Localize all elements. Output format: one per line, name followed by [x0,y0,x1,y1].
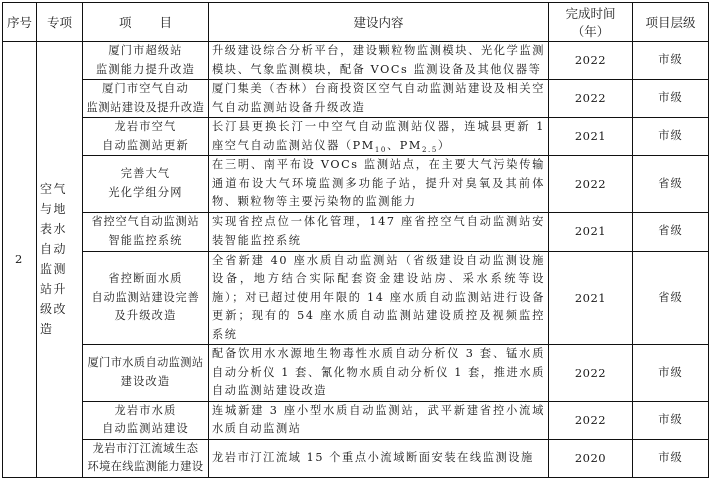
project-cell: 厦门市水质自动监测站 建设改造 [83,345,209,402]
level-cell: 省级 [633,251,709,345]
pm10-subscript: 10 [375,146,387,154]
year-cell: 2021 [549,251,633,345]
year-cell: 2021 [549,212,633,251]
project-line: 自动监测站建设完善 [86,289,205,308]
content-cell: 全省新建 40 座水质自动监测站（省级建设自动监测设施设备，地方结合实际配套资金… [209,251,549,345]
header-completion-year: 完成时间（年） [549,3,633,42]
level-cell: 市级 [633,118,709,156]
table-row: 厦门市水质自动监测站 建设改造 配备饮用水水源地生物毒性水质自动分析仪 3 套、… [3,345,709,402]
level-cell: 省级 [633,156,709,213]
project-line: 建设改造 [86,373,205,392]
year-cell: 2022 [549,345,633,402]
header-seq: 序号 [3,3,37,42]
level-cell: 市级 [633,80,709,118]
project-line: 龙岩市空气 [86,118,205,137]
content-text: 、PM [387,139,422,152]
level-cell: 市级 [633,345,709,402]
project-cell: 完善大气 光化学组分网 [83,156,209,213]
header-project-b: 目 [160,15,173,30]
content-cell: 在三明、南平布设 VOCs 监测站点，在主要大气污染传输通道布设大气环境监测多功… [209,156,549,213]
content-cell: 升级建设综合分析平台，建设颗粒物监测模块、光化学监测模块、气象监测模块，配备 V… [209,42,549,80]
header-row: 序号 专项 项目 建设内容 完成时间（年） 项目层级 [3,3,709,42]
content-text: ） [438,139,451,152]
category-cell: 空气与地表水自动监测站升级改造 [37,42,83,439]
content-cell: 配备饮用水水源地生物毒性水质自动分析仪 3 套、锰水质自动分析仪 1 套、氰化物… [209,345,549,402]
project-line: 自动监测站建设 [86,420,205,438]
project-line: 省控断面水质 [86,270,205,289]
table-row: 龙岩市空气 自动监测站更新 长汀县更换长汀一中空气自动监测站仪器，连城县更新 1… [3,118,709,156]
project-line: 厦门市水质自动监测站 [86,354,205,373]
project-line: 自动监测站更新 [86,137,205,156]
table-row: 完善大气 光化学组分网 在三明、南平布设 VOCs 监测站点，在主要大气污染传输… [3,156,709,213]
year-cell: 2022 [549,42,633,80]
project-line: 省控空气自动监测站 [86,213,205,232]
content-cell: 连城新建 3 座小型水质自动监测站，武平新建省控小流域水质自动监测站 [209,401,549,438]
year-cell: 2022 [549,156,633,213]
header-project: 项目 [83,3,209,42]
header-project-a: 项 [119,15,132,30]
project-line: 及升级改造 [86,307,205,326]
level-cell: 省级 [633,212,709,251]
table-row: 厦门市空气自动 监测站建设及提升改造 厦门集美（杏林）台商投资区空气自动监测站建… [3,80,709,118]
content-cell: 厦门集美（杏林）台商投资区空气自动监测站建设及相关空气自动监测站设备升级改造 [209,80,549,118]
content-cell: 长汀县更换长汀一中空气自动监测站仪器，连城县更新 1 座空气自动监测站仪器（PM… [209,118,549,156]
project-line: 智能监控系统 [86,232,205,251]
project-cell: 龙岩市水质 自动监测站建设 [83,401,209,438]
project-line: 监测能力提升改造 [86,61,205,80]
project-line: 厦门市空气自动 [86,80,205,99]
project-cell: 省控空气自动监测站 智能监控系统 [83,212,209,251]
project-line: 完善大气 [86,165,205,184]
project-line: 厦门市超级站 [86,42,205,61]
project-line: 光化学组分网 [86,184,205,203]
header-category: 专项 [37,3,83,42]
year-cell: 2022 [549,401,633,438]
header-level: 项目层级 [633,3,709,42]
project-cell: 厦门市超级站 监测能力提升改造 [83,42,209,80]
pm25-subscript: 2.5 [422,146,438,154]
table-row: 省控空气自动监测站 智能监控系统 实现省控点位一体化管理，147 座省控空气自动… [3,212,709,251]
year-cell: 2021 [549,118,633,156]
project-cell: 龙岩市空气 自动监测站更新 [83,118,209,156]
table-row: 龙岩市水质 自动监测站建设 连城新建 3 座小型水质自动监测站，武平新建省控小流… [3,401,709,438]
level-cell: 市级 [633,401,709,438]
content-cell: 实现省控点位一体化管理，147 座省控空气自动监测站安装智能监控系统 [209,212,549,251]
table-row: 2 空气与地表水自动监测站升级改造 厦门市超级站 监测能力提升改造 升级建设综合… [3,42,709,80]
year-cell: 2022 [549,80,633,118]
project-table: 序号 专项 项目 建设内容 完成时间（年） 项目层级 2 空气与地表水自动监测站… [2,2,709,438]
project-line: 监测站建设及提升改造 [86,99,205,118]
table-row: 省控断面水质 自动监测站建设完善 及升级改造 全省新建 40 座水质自动监测站（… [3,251,709,345]
header-content: 建设内容 [209,3,549,42]
project-line: 龙岩市水质 [86,402,205,421]
project-cell: 厦门市空气自动 监测站建设及提升改造 [83,80,209,118]
seq-cell: 2 [3,42,37,439]
category-text: 空气与地表水自动监测站升级改造 [40,179,76,339]
project-cell: 省控断面水质 自动监测站建设完善 及升级改造 [83,251,209,345]
level-cell: 市级 [633,42,709,80]
